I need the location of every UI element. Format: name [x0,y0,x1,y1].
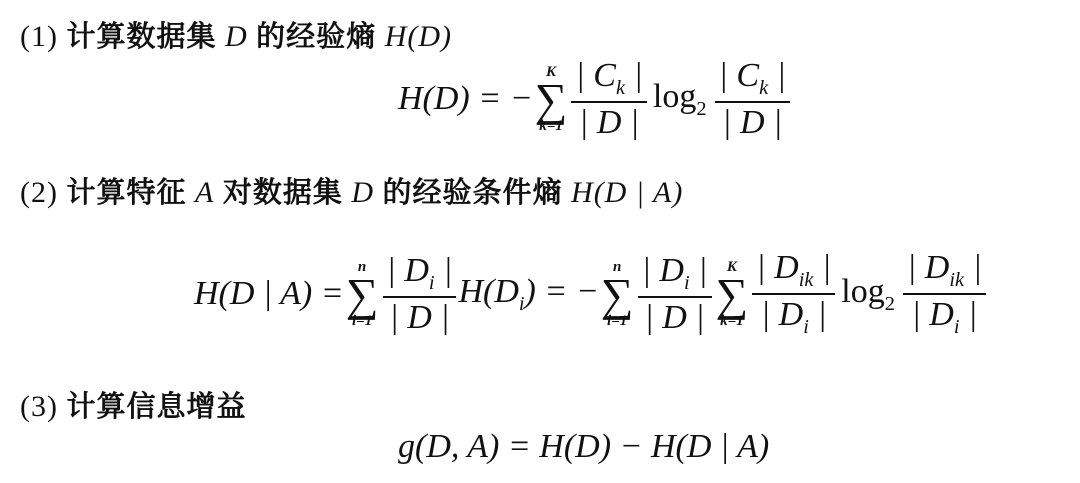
variable-A: A [195,176,214,209]
denominator: | D [911,296,953,333]
denominator-sub: i [803,316,809,338]
formula-lhs: H(D | A) = [194,275,344,313]
information-gain-formula: g(D, A) = H(D) − H(D | A) [398,428,769,466]
step-text: 的经验条件熵 [383,175,563,209]
cond-entropy-expr: H(D | A) [571,176,683,209]
numerator: | C [719,57,760,94]
step-text: 对数据集 [223,175,343,209]
numerator: | D [642,252,684,289]
fraction: | Dik | | Di | [752,250,835,338]
step-number: (1) [20,20,58,53]
mid-term: H(Di) = − [458,273,598,316]
log-base: 2 [885,293,895,315]
sum-lower: k=1 [539,119,563,134]
denominator: | D | [575,103,643,141]
numerator: | D [387,252,429,289]
sigma-symbol: ∑ [346,275,379,314]
sum-lower: i=1 [352,314,372,329]
numerator: | D [756,249,798,286]
fraction: | Di | | D | [638,253,712,336]
summation: K ∑ k=1 [535,65,568,134]
numerator-sub: k [616,77,625,99]
sigma-symbol: ∑ [601,275,634,314]
summation: n ∑ i=1 [601,260,634,329]
log-term: log2 [841,273,895,316]
log-label: log [653,78,696,115]
denominator: | D [761,296,803,333]
summation: K ∑ k=1 [716,260,749,329]
step-text: 计算信息增益 [66,389,246,423]
summation: n ∑ i=1 [346,260,379,329]
step-1-heading: (1) 计算数据集 D 的经验熵 H(D) [20,14,452,55]
fraction: | Ck | | D | [571,58,646,141]
numerator: | C [575,57,616,94]
sum-lower: k=1 [720,314,744,329]
sum-lower: i=1 [607,314,627,329]
sigma-symbol: ∑ [535,80,568,119]
log-label: log [841,273,884,310]
variable-D: D [225,20,248,53]
denominator: | D | [718,103,786,141]
numerator-sub: ik [799,269,814,291]
numerator: | D [907,249,949,286]
log-base: 2 [696,98,706,120]
numerator-sub: k [759,77,768,99]
denominator: | D | [640,298,708,336]
numerator-sub: ik [949,269,964,291]
conditional-entropy-formula: H(D | A) = n ∑ i=1 | Di | | D | H(Di) = … [194,250,988,338]
gain-expr: g(D, A) = H(D) − H(D | A) [398,428,769,466]
log-term: log2 [653,78,707,121]
formula-lhs: H(D) = − [398,80,533,118]
fraction: | Di | | D | [383,253,457,336]
step-2-heading: (2) 计算特征 A 对数据集 D 的经验条件熵 H(D | A) [20,170,683,211]
step-text: 计算特征 [66,175,186,209]
step-text: 的经验熵 [256,19,376,53]
fraction: | Ck | | D | [715,58,790,141]
step-number: (2) [20,176,58,209]
numerator-sub: i [429,272,435,294]
denominator: | D | [385,298,453,336]
entropy-expr: H(D) [385,20,452,53]
step-3-heading: (3) 计算信息增益 [20,384,247,425]
fraction: | Dik | | Di | [903,250,986,338]
entropy-formula: H(D) = − K ∑ k=1 | Ck | | D | log2 | Ck … [398,58,792,141]
step-text: 计算数据集 [66,19,216,53]
mid-label: H(D [458,273,518,310]
variable-D: D [351,176,374,209]
step-number: (3) [20,390,58,423]
mid-end: ) = − [525,273,599,310]
numerator-sub: i [684,272,690,294]
sigma-symbol: ∑ [716,275,749,314]
denominator-sub: i [954,316,960,338]
